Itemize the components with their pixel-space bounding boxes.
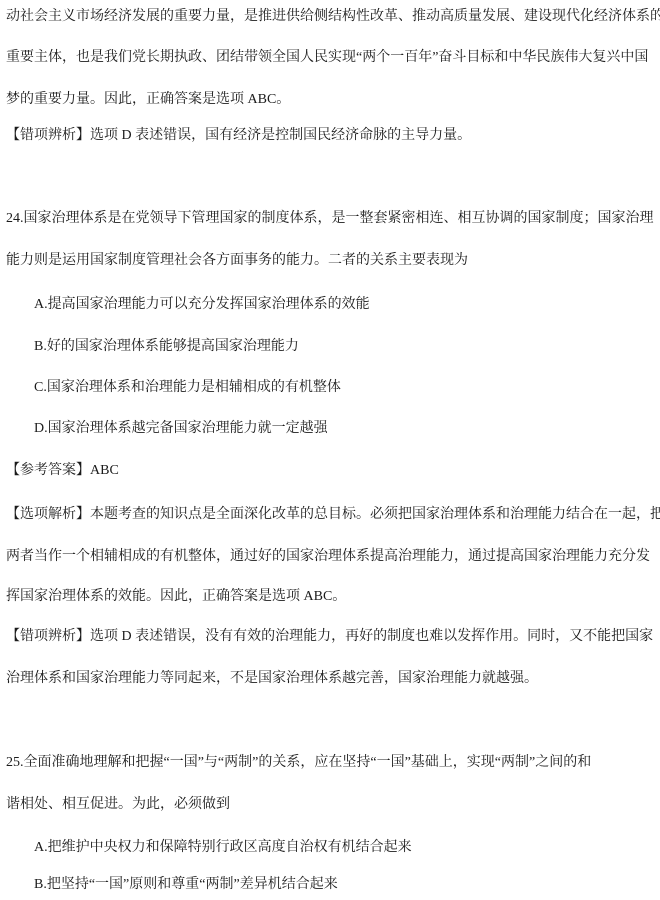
q24-option-d: D.国家治理体系越完备国家治理能力就一定越强 [34, 420, 328, 437]
prev-answer-analysis-line: 动社会主义市场经济发展的重要力量，是推进供给侧结构性改革、推动高质量发展、建设现… [6, 8, 660, 25]
q24-wrong-option-line: 【错项辨析】选项 D 表述错误，没有有效的治理能力，再好的制度也难以发挥作用。同… [6, 628, 653, 645]
q25-stem-line: 谐相处、相互促进。为此，必须做到 [6, 796, 230, 813]
q25-option-a: A.把维护中央权力和保障特别行政区高度自治权有机结合起来 [34, 839, 412, 856]
q24-option-a: A.提高国家治理能力可以充分发挥国家治理体系的效能 [34, 296, 370, 313]
prev-answer-wrong-option-note: 【错项辨析】选项 D 表述错误，国有经济是控制国民经济命脉的主导力量。 [6, 127, 471, 144]
q24-option-b: B.好的国家治理体系能够提高国家治理能力 [34, 338, 299, 355]
q24-analysis-line: 挥国家治理体系的效能。因此，正确答案是选项 ABC。 [6, 588, 346, 605]
q24-analysis-line: 两者当作一个相辅相成的有机整体，通过好的国家治理体系提高治理能力，通过提高国家治… [6, 548, 650, 565]
q25-stem-line: 25.全面准确地理解和把握“一国”与“两制”的关系，应在坚持“一国”基础上，实现… [6, 754, 591, 771]
q24-reference-answer: 【参考答案】ABC [6, 462, 119, 479]
document-page: 动社会主义市场经济发展的重要力量，是推进供给侧结构性改革、推动高质量发展、建设现… [0, 0, 660, 900]
q24-wrong-option-line: 治理体系和国家治理能力等同起来，不是国家治理体系越完善，国家治理能力就越强。 [6, 670, 538, 687]
q24-stem-line: 24.国家治理体系是在党领导下管理国家的制度体系，是一整套紧密相连、相互协调的国… [6, 210, 654, 227]
q24-analysis-line: 【选项解析】本题考查的知识点是全面深化改革的总目标。必须把国家治理体系和治理能力… [6, 506, 660, 523]
prev-answer-analysis-line: 重要主体，也是我们党长期执政、团结带领全国人民实现“两个一百年”奋斗目标和中华民… [6, 49, 648, 66]
q24-stem-line: 能力则是运用国家制度管理社会各方面事务的能力。二者的关系主要表现为 [6, 252, 468, 269]
q25-option-b: B.把坚持“一国”原则和尊重“两制”差异机结合起来 [34, 876, 338, 893]
prev-answer-analysis-line: 梦的重要力量。因此，正确答案是选项 ABC。 [6, 91, 290, 108]
q24-option-c: C.国家治理体系和治理能力是相辅相成的有机整体 [34, 379, 341, 396]
